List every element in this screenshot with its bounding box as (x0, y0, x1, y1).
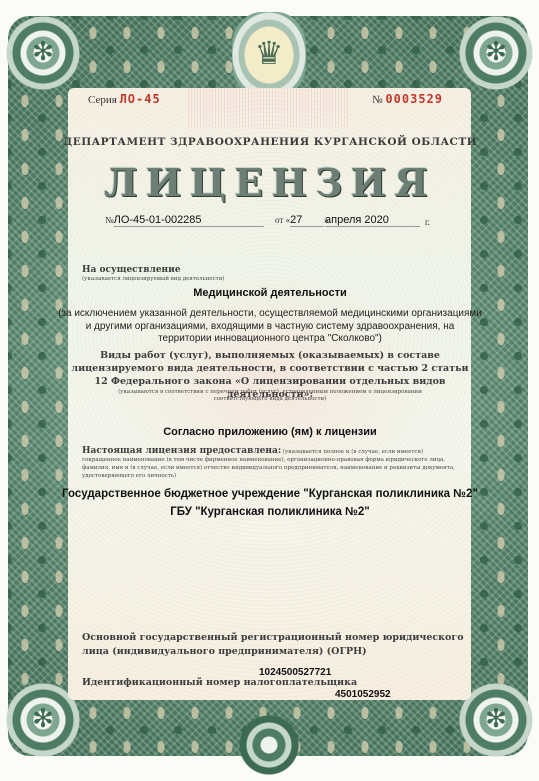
activity-label: На осуществление (82, 265, 181, 275)
organization-short-name: ГБУ "Курганская поликлиника №2" (60, 506, 480, 518)
corner-rosette-icon (459, 16, 533, 90)
activity-exception: (за исключением указанной деятельности, … (58, 308, 482, 346)
date-year-suffix: г. (425, 217, 430, 227)
inn-label: Идентификационный номер налогоплательщик… (82, 677, 357, 688)
corner-rosette-icon (6, 16, 80, 90)
coat-of-arms-icon: ♛ (232, 12, 306, 98)
license-number-row: №ЛО-45-01-002285 от «27» апреля 2020 г. (105, 214, 435, 230)
organization-full-name: Государственное бюджетное учреждение "Ку… (40, 488, 500, 500)
inn-value: 4501052952 (335, 689, 391, 700)
document-title: ЛИЦЕНЗИЯ (60, 160, 480, 205)
form-number-value: 0003529 (385, 92, 443, 106)
series-value: ЛО-45 (120, 92, 161, 106)
activity-value: Медицинской деятельности (60, 287, 480, 299)
double-headed-eagle-icon: ♛ (232, 34, 306, 72)
granted-block: Настоящая лицензия предоставлена: (указы… (82, 447, 462, 480)
series-label: Серия (88, 94, 117, 106)
date-from-label: от « (275, 215, 290, 225)
form-number: № 0003529 (372, 92, 443, 106)
date-day: 27 (290, 214, 324, 227)
license-number: ЛО-45-01-002285 (114, 214, 264, 227)
activity-note: (указывается лицензируемый вид деятельно… (82, 276, 225, 282)
works-note: (указываются в соответствии с перечнем р… (100, 389, 440, 403)
issuing-department: ДЕПАРТАМЕНТ ЗДРАВООХРАНЕНИЯ КУРГАНСКОЙ О… (60, 136, 480, 148)
bottom-rosette-icon (237, 713, 301, 777)
license-document: ♛ Серия ЛО-45 № 0003529 ДЕПАРТАМЕНТ ЗДРА… (0, 0, 539, 781)
license-number-prefix: № (105, 215, 114, 225)
series: Серия ЛО-45 (88, 92, 161, 106)
ogrn-label: Основной государственный регистрационный… (82, 631, 472, 659)
granted-label: Настоящая лицензия предоставлена: (82, 446, 281, 456)
works-value: Согласно приложению (ям) к лицензии (60, 426, 480, 438)
number-sign: № (372, 94, 383, 106)
date-month-year: апреля 2020 (325, 214, 420, 227)
